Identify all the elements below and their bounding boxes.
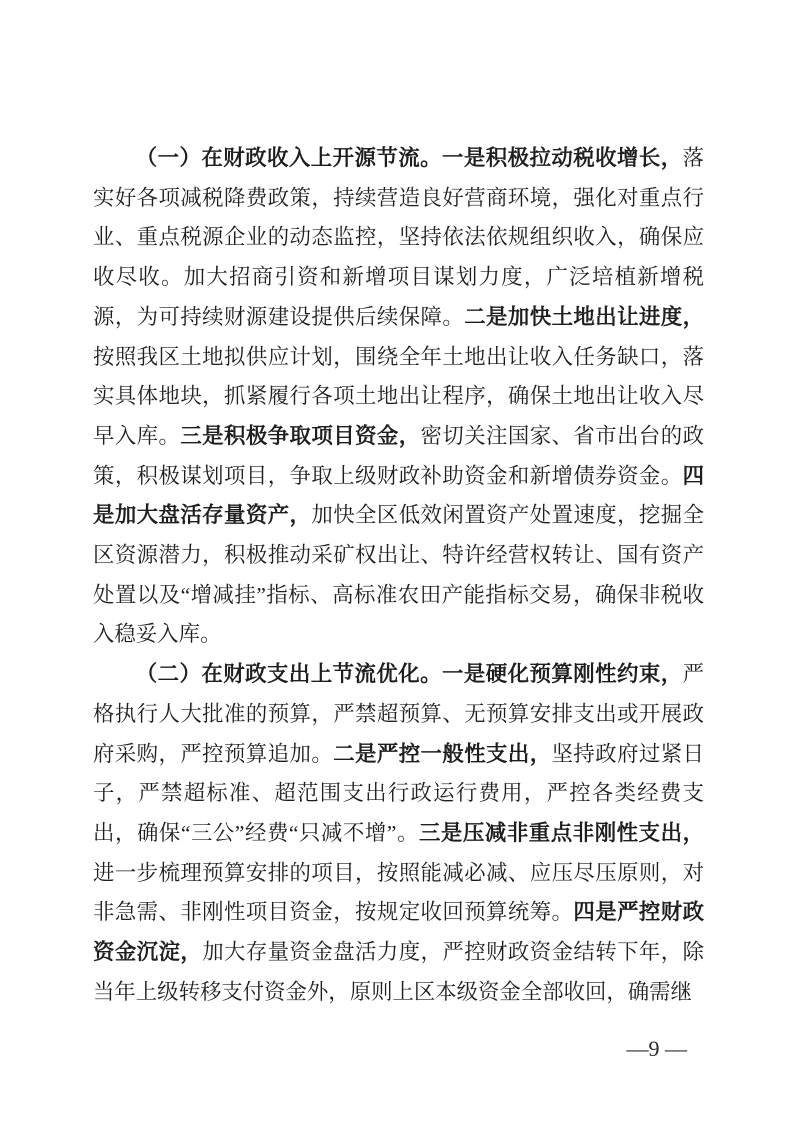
text-segment-emphasis: 二是严控一般性支出，: [333, 742, 551, 766]
text-segment-emphasis: （一）在财政收入上开源节流。一是积极拉动税收增长，: [136, 146, 683, 170]
text-segment-emphasis: 三是积极争取项目资金，: [180, 424, 420, 448]
text-segment-emphasis: 二是加快土地出让进度，: [464, 305, 704, 329]
paragraph: （二）在财政支出上节流优化。一是硬化预算刚性约束，严格执行人大批准的预算，严禁超…: [93, 655, 704, 1012]
text-segment-emphasis: 三是压减非重点非刚性支出，: [419, 821, 704, 845]
page-number: —9 —: [627, 1038, 688, 1060]
paragraph: （一）在财政收入上开源节流。一是积极拉动税收增长，落实好各项减税降费政策，持续营…: [93, 139, 704, 655]
text-segment-emphasis: （二）在财政支出上节流优化。一是硬化预算刚性约束，: [136, 662, 683, 686]
text-segment: 落实好各项减税降费政策，持续营造良好营商环境，强化对重点行业、重点税源企业的动态…: [93, 146, 704, 329]
document-body: （一）在财政收入上开源节流。一是积极拉动税收增长，落实好各项减税降费政策，持续营…: [93, 139, 704, 1012]
document-page: （一）在财政收入上开源节流。一是积极拉动税收增长，落实好各项减税降费政策，持续营…: [0, 0, 793, 1122]
